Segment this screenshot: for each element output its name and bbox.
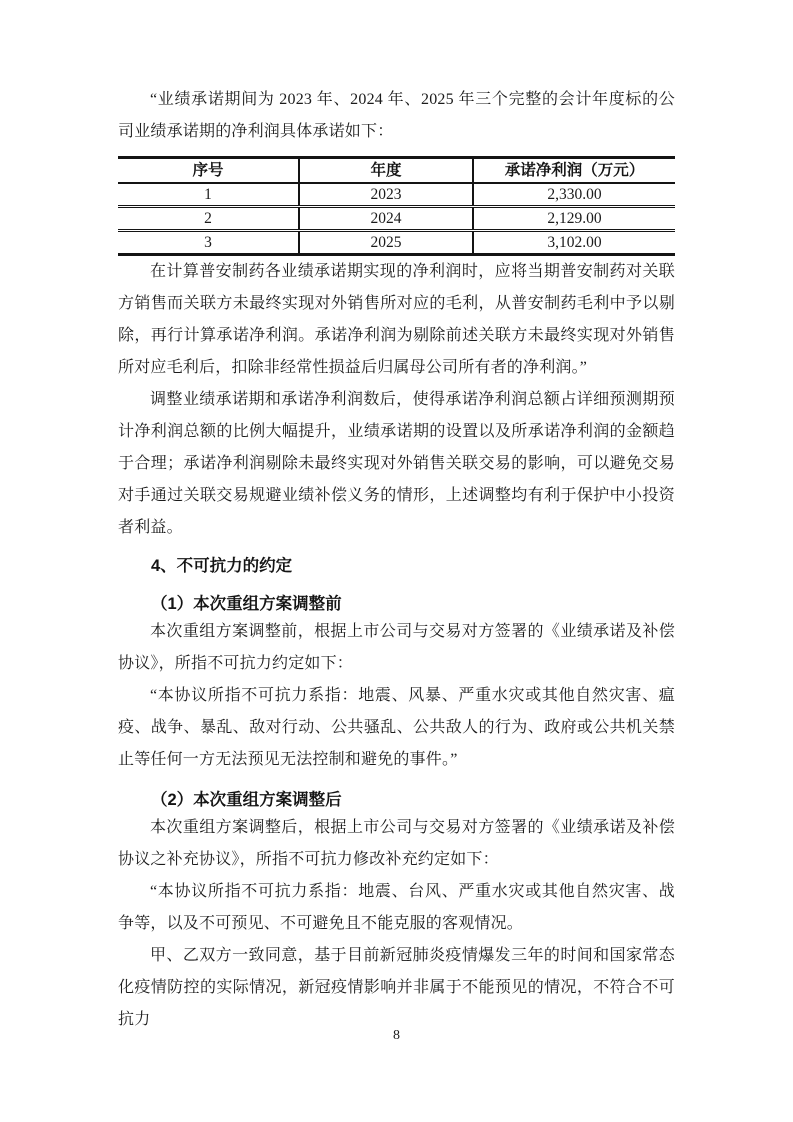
cell-net-profit: 2,129.00: [473, 207, 675, 231]
cell-year: 2024: [299, 207, 473, 231]
column-header-year: 年度: [299, 158, 473, 184]
table-row: 2 2024 2,129.00: [118, 207, 675, 231]
paragraph-covid-agreement: 甲、乙双方一致同意，基于目前新冠肺炎疫情爆发三年的时间和国家常态化疫情防控的实际…: [118, 940, 675, 1036]
table-header-row: 序号 年度 承诺净利润（万元）: [118, 158, 675, 184]
cell-net-profit: 3,102.00: [473, 231, 675, 255]
paragraph-commitment-intro: “业绩承诺期间为 2023 年、2024 年、2025 年三个完整的会计年度标的…: [118, 84, 675, 148]
paragraph-adjustment-rationale: 调整业绩承诺期和承诺净利润数后，使得承诺净利润总额占详细预测期预计净利润总额的比…: [118, 384, 675, 544]
table-row: 3 2025 3,102.00: [118, 231, 675, 255]
paragraph-force-majeure-quote-after: “本协议所指不可抗力系指：地震、台风、严重水灾或其他自然灾害、战争等，以及不可预…: [118, 876, 675, 940]
cell-year: 2023: [299, 183, 473, 207]
page-number: 8: [0, 1028, 793, 1044]
document-page: “业绩承诺期间为 2023 年、2024 年、2025 年三个完整的会计年度标的…: [0, 0, 793, 1122]
cell-net-profit: 2,330.00: [473, 183, 675, 207]
paragraph-before-adjustment: 本次重组方案调整前，根据上市公司与交易对方签署的《业绩承诺及补偿协议》，所指不可…: [118, 616, 675, 680]
paragraph-profit-calculation: 在计算普安制药各业绩承诺期实现的净利润时，应将当期普安制药对关联方销售而关联方未…: [118, 256, 675, 384]
paragraph-after-adjustment: 本次重组方案调整后，根据上市公司与交易对方签署的《业绩承诺及补偿协议之补充协议》…: [118, 812, 675, 876]
committed-net-profit-table: 序号 年度 承诺净利润（万元） 1 2023 2,330.00 2 2024 2…: [118, 156, 675, 256]
document-content: “业绩承诺期间为 2023 年、2024 年、2025 年三个完整的会计年度标的…: [118, 84, 675, 1036]
cell-serial: 3: [118, 231, 299, 255]
paragraph-force-majeure-quote-before: “本协议所指不可抗力系指：地震、风暴、严重水灾或其他自然灾害、瘟疫、战争、暴乱、…: [118, 680, 675, 776]
heading-after-adjustment: （2）本次重组方案调整后: [118, 788, 675, 812]
cell-serial: 2: [118, 207, 299, 231]
table-row: 1 2023 2,330.00: [118, 183, 675, 207]
column-header-serial: 序号: [118, 158, 299, 184]
heading-before-adjustment: （1）本次重组方案调整前: [118, 592, 675, 616]
cell-serial: 1: [118, 183, 299, 207]
column-header-net-profit: 承诺净利润（万元）: [473, 158, 675, 184]
heading-force-majeure: 4、不可抗力的约定: [118, 554, 675, 578]
cell-year: 2025: [299, 231, 473, 255]
